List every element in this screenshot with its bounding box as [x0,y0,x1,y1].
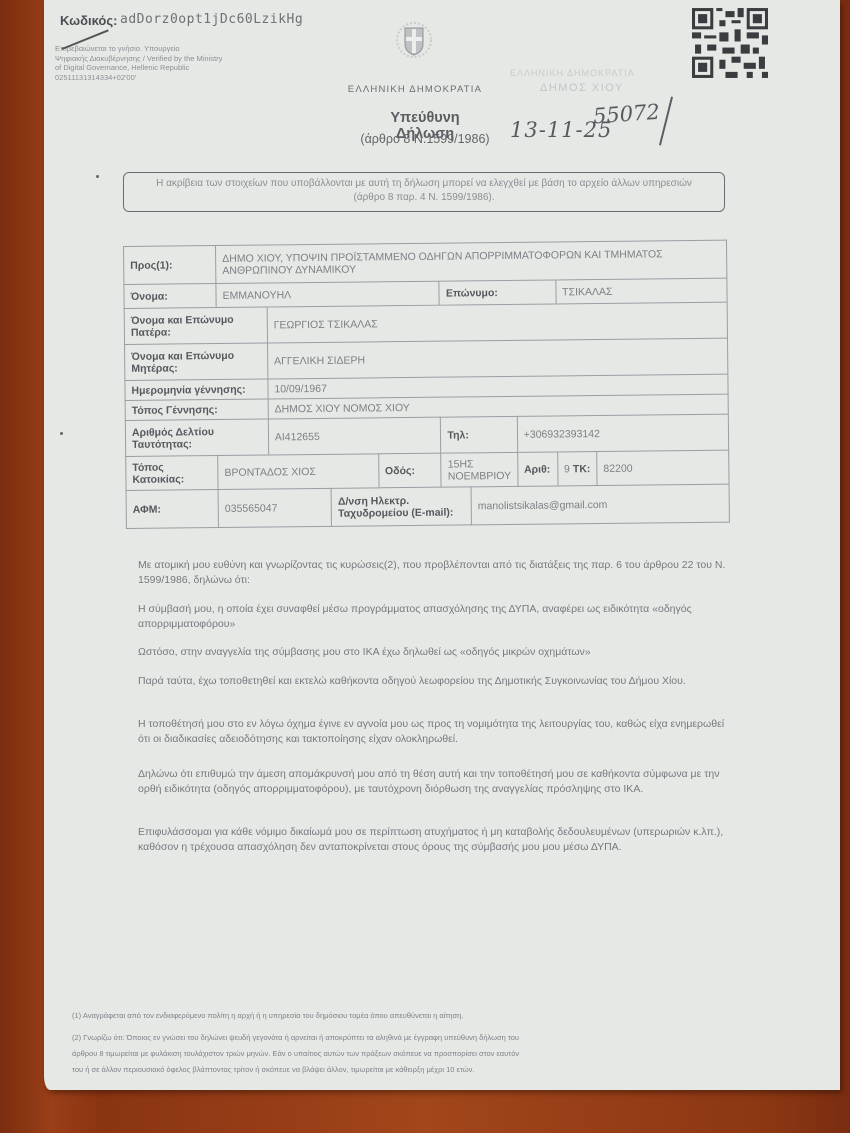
paper-mark [96,175,99,178]
id-label: Αριθμός Δελτίου Ταυτότητας: [125,419,268,456]
number-text: 9 [564,463,570,475]
declaration-paragraph: Παρά ταύτα, έχω τοποθετηθεί και εκτελώ κ… [138,674,728,689]
surname-value: ΤΣΙΚΑΛΑΣ [556,278,728,304]
declaration-intro: Με ατομική μου ευθύνη και γνωρίζοντας τι… [138,558,728,588]
accuracy-notice: Η ακρίβεια των στοιχείων που υποβάλλοντα… [123,172,725,212]
declarant-details-table: Προς(1): ΔΗΜΟ ΧΙΟΥ, ΥΠΟΨΙΝ ΠΡΟΪΣΤΑΜΜΕΝΟ … [123,240,730,529]
name-label: Όνομα: [124,284,216,309]
phone-value: +306932393142 [517,414,729,452]
postcode-value: 82200 [597,450,729,485]
verification-line: Ψηφιακής Διακυβέρνησης / Verified by the… [55,54,225,64]
number-label: Αριθ: [517,452,557,486]
document-subtitle: (άρθρο 8 Ν.1599/1986) [355,132,495,146]
table-row: Προς(1): ΔΗΜΟ ΧΙΟΥ, ΥΠΟΨΙΝ ΠΡΟΪΣΤΑΜΜΕΝΟ … [124,240,727,284]
stamp-line: ΕΛΛΗΝΙΚΗ ΔΗΜΟΚΡΑΤΙΑ [510,68,635,78]
verification-line: Επιβεβαιώνεται το γνήσιο. Υπουργείο [55,44,225,54]
declaration-paragraph: Η σύμβασή μου, η οποία έχει συναφθεί μέσ… [138,602,728,632]
email-value: manolistsikalas@gmail.com [471,484,729,525]
verification-line: 02511131314334+02'00' [55,73,225,83]
postcode-label: ΤΚ: [573,463,591,475]
declaration-paragraph: Επιφυλάσσομαι για κάθε νόμιμο δικαίωμά μ… [138,825,728,855]
street-label: Οδός: [378,453,441,488]
verification-note: Επιβεβαιώνεται το γνήσιο. Υπουργείο Ψηφι… [55,44,225,82]
protocol-date: 13-11-25 [510,118,612,142]
footnote-1: (1) Αναγράφεται από τον ενδιαφερόμενο πο… [72,1008,732,1024]
footnote-2-line: του ή σε άλλον περιουσιακό όφελος βλάπτο… [72,1062,732,1078]
table-row: ΑΦΜ: 035565047 Δ/νση Ηλεκτρ. Ταχυδρομείο… [126,484,729,528]
father-value: ΓΕΩΡΓΙΟΣ ΤΣΙΚΑΛΑΣ [267,302,728,343]
qr-code-icon[interactable] [692,8,768,78]
code-label: Κωδικός: [60,13,117,28]
declaration-paragraph: Η τοποθέτησή μου στο εν λόγω όχημα έγινε… [138,717,728,747]
id-value: ΑΙ412655 [268,417,441,455]
mother-value: ΑΓΓΕΛΙΚΗ ΣΙΔΕΡΗ [267,338,728,379]
street-value: 15ΗΣ ΝΟΕΜΒΡΙΟΥ [441,452,518,487]
verification-code: adDorz0opt1jDc60LzikHg [120,12,303,27]
afm-label: ΑΦΜ: [126,490,219,529]
document-page [44,0,840,1090]
number-value: 9 ΤΚ: [557,452,597,486]
residence-label: Τόπος Κατοικίας: [126,456,218,491]
mother-label: Όνομα και Επώνυμο Μητέρας: [125,343,268,380]
stamp-line: ΔΗΜΟΣ ΧΙΟΥ [540,82,624,94]
verification-line: of Digital Governance, Hellenic Republic [55,63,225,73]
email-label: Δ/νση Ηλεκτρ. Ταχυδρομείου (E-mail): [331,487,471,526]
paper-mark [60,432,63,435]
republic-label: ΕΛΛΗΝΙΚΗ ΔΗΜΟΚΡΑΤΙΑ [335,84,495,95]
surname-label: Επώνυμο: [439,280,555,305]
name-value: ΕΜΜΑΝΟΥΗΛ [216,281,440,307]
birthplace-label: Τόπος Γέννησης: [125,399,268,420]
residence-value: ΒΡΟΝΤΑΔΟΣ ΧΙΟΣ [218,454,379,490]
footnote-2-line: (2) Γνωρίζω ότι: Όποιος εν γνώσει του δη… [72,1030,732,1046]
afm-value: 035565047 [218,488,332,527]
to-value: ΔΗΜΟ ΧΙΟΥ, ΥΠΟΨΙΝ ΠΡΟΪΣΤΑΜΜΕΝΟ ΟΔΗΓΩΝ ΑΠ… [216,240,727,283]
birthdate-label: Ημερομηνία γέννησης: [125,379,268,400]
greek-emblem-icon [395,22,433,58]
declaration-paragraph: Δηλώνω ότι επιθυμώ την άμεση απομάκρυνσή… [138,767,728,797]
declaration-paragraph: Ωστόσο, στην αναγγελία της σύμβασης μου … [138,645,728,660]
to-label: Προς(1): [124,246,217,285]
father-label: Όνομα και Επώνυμο Πατέρα: [124,307,267,344]
phone-label: Τηλ: [441,416,518,453]
footnote-2-line: άρθρου 8 τιμωρείται με φυλάκιση τουλάχισ… [72,1046,732,1062]
